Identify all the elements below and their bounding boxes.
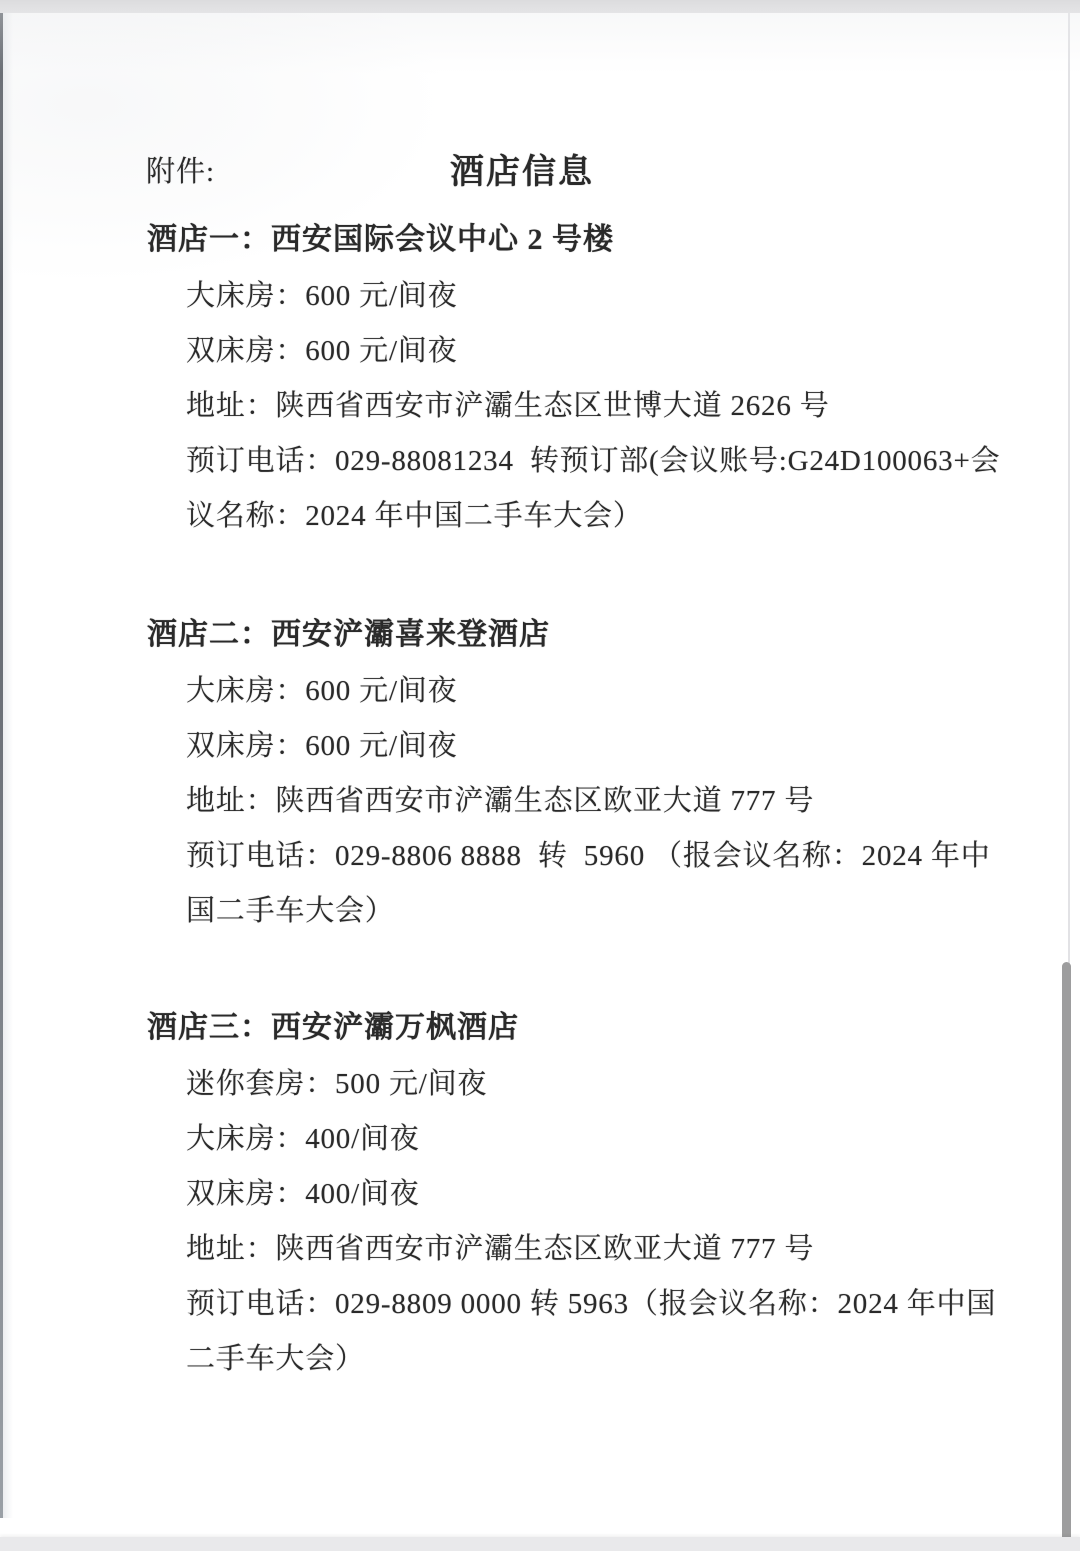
hotel-1-room-rate: 双床房：600 元/间夜 — [0, 324, 1080, 379]
document-page: 附件: 酒店信息 酒店一：西安国际会议中心 2 号楼 大床房：600 元/间夜 … — [0, 0, 1080, 1551]
hotel-section-2: 酒店二：西安浐灞喜来登酒店 大床房：600 元/间夜 双床房：600 元/间夜 … — [0, 605, 1080, 939]
hotel-3-room-rate: 大床房：400/间夜 — [0, 1112, 1080, 1167]
document-header: 附件: 酒店信息 — [0, 145, 1080, 200]
hotel-3-phone-continued: 二手车大会） — [0, 1332, 1080, 1387]
hotel-3-phone: 预订电话：029-8809 0000 转 5963（报会议名称：2024 年中国 — [0, 1277, 1080, 1332]
hotel-2-room-rate: 大床房：600 元/间夜 — [0, 664, 1080, 719]
hotel-1-phone-continued: 议名称：2024 年中国二手车大会） — [0, 489, 1080, 544]
hotel-2-address: 地址：陕西省西安市浐灞生态区欧亚大道 777 号 — [0, 774, 1080, 829]
hotel-1-room-rate: 大床房：600 元/间夜 — [0, 269, 1080, 324]
hotel-2-phone: 预订电话：029-8806 8888 转 5960 （报会议名称：2024 年中 — [0, 829, 1080, 884]
hotel-3-name: 酒店三：西安浐灞万枫酒店 — [0, 998, 1080, 1057]
hotel-1-address: 地址：陕西省西安市浐灞生态区世博大道 2626 号 — [0, 379, 1080, 434]
hotel-1-name: 酒店一：西安国际会议中心 2 号楼 — [0, 210, 1080, 269]
hotel-2-name: 酒店二：西安浐灞喜来登酒店 — [0, 605, 1080, 664]
scrollbar-thumb[interactable] — [1062, 962, 1071, 1548]
hotel-3-room-rate: 双床房：400/间夜 — [0, 1167, 1080, 1222]
hotel-3-room-rate: 迷你套房：500 元/间夜 — [0, 1057, 1080, 1112]
page-title: 酒店信息 — [0, 145, 1044, 200]
hotel-section-1: 酒店一：西安国际会议中心 2 号楼 大床房：600 元/间夜 双床房：600 元… — [0, 210, 1080, 544]
hotel-2-phone-continued: 国二手车大会） — [0, 884, 1080, 939]
hotel-section-3: 酒店三：西安浐灞万枫酒店 迷你套房：500 元/间夜 大床房：400/间夜 双床… — [0, 998, 1080, 1387]
hotel-3-address: 地址：陕西省西安市浐灞生态区欧亚大道 777 号 — [0, 1222, 1080, 1277]
viewer-bottom-bar — [0, 1537, 1080, 1551]
hotel-2-room-rate: 双床房：600 元/间夜 — [0, 719, 1080, 774]
hotel-1-phone: 预订电话：029-88081234 转预订部(会议账号:G24D100063+会 — [0, 434, 1080, 489]
